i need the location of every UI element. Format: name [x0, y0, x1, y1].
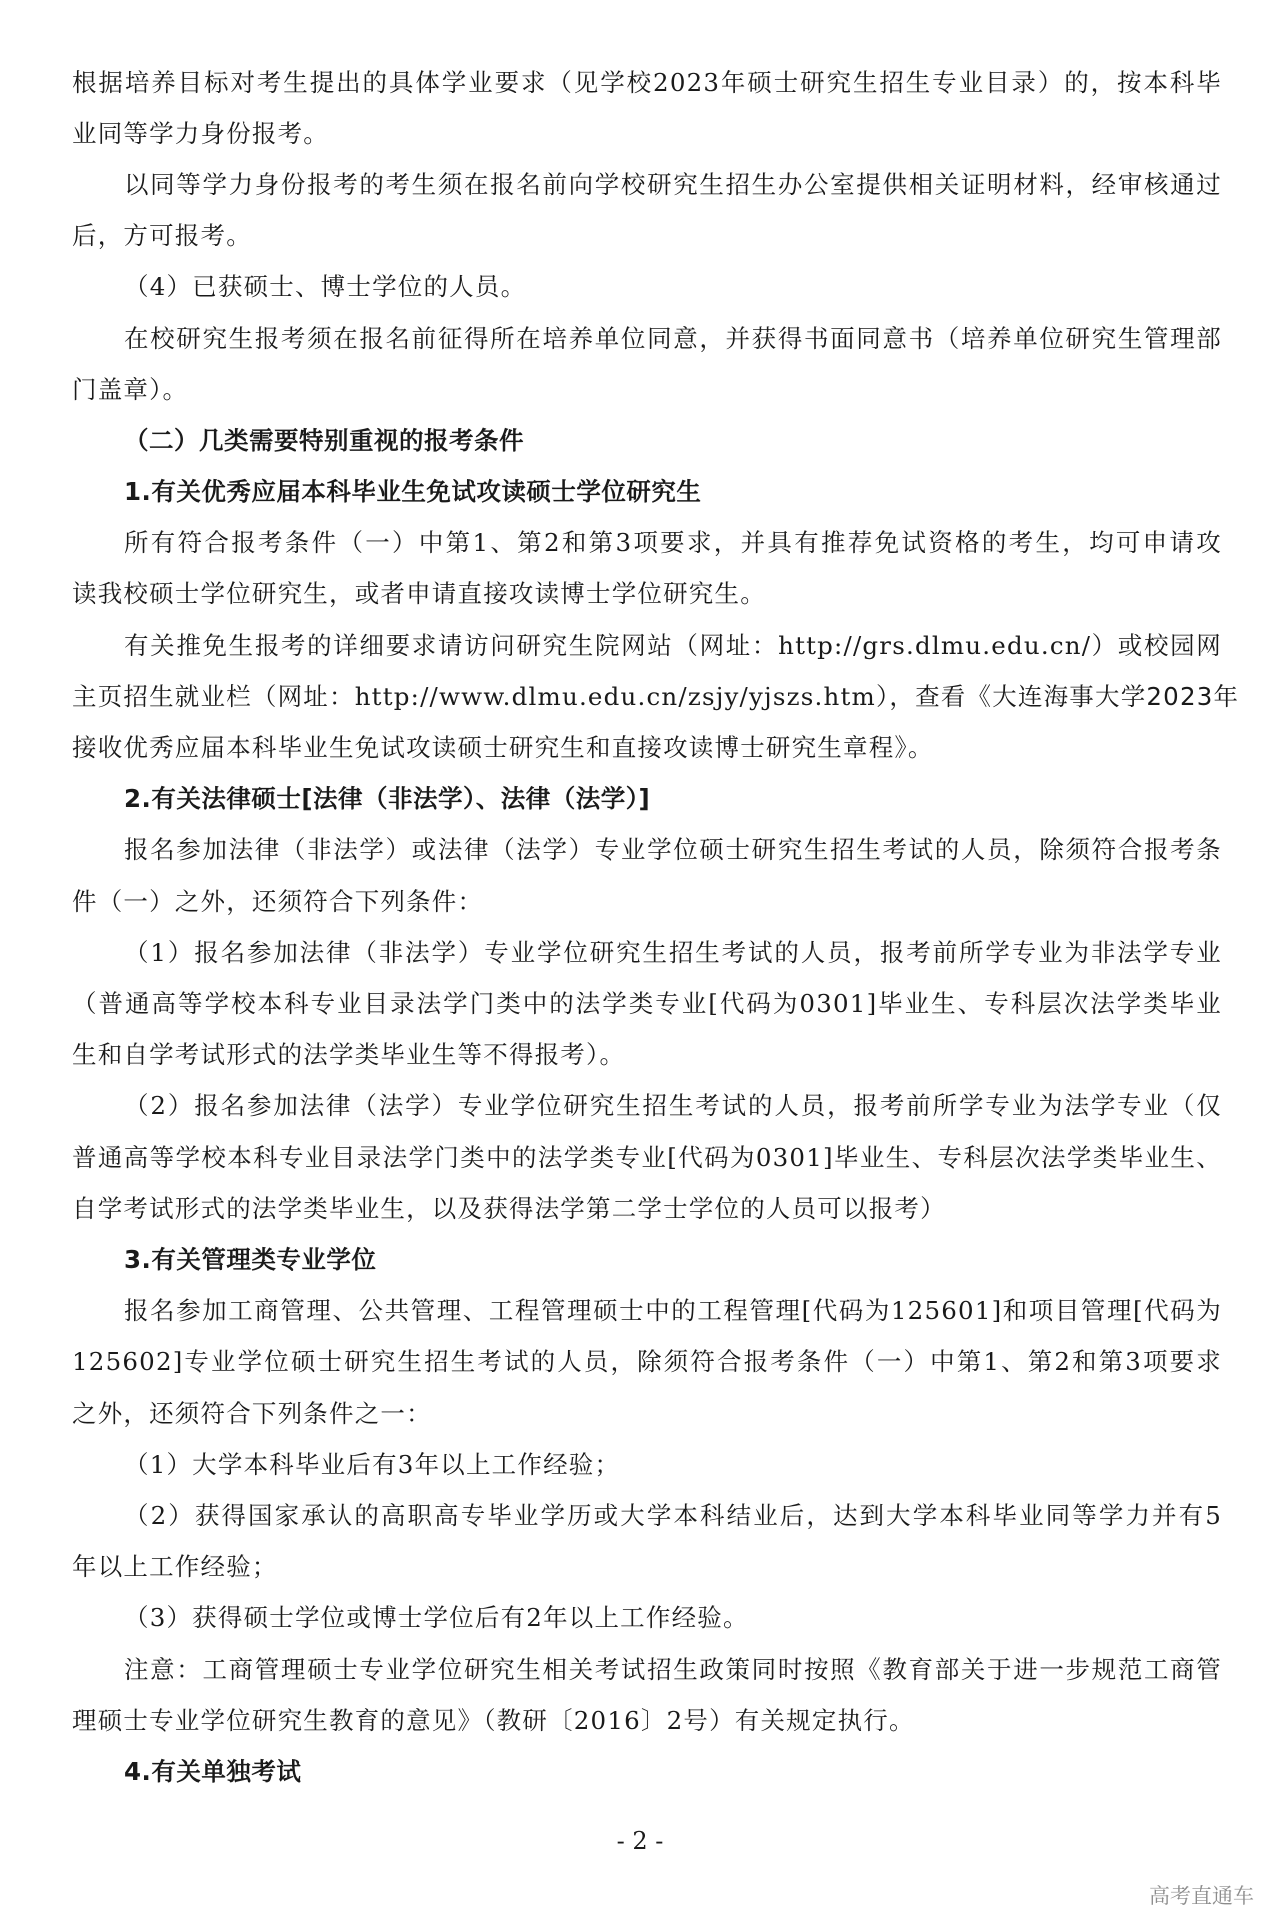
note-line: 理硕士专业学位研究生教育的意见》（教研〔2016〕2号）有关规定执行。	[72, 1705, 1222, 1737]
subsection-heading: 2.有关法律硕士[法律（非法学）、法律（法学）]	[124, 783, 1222, 815]
paragraph-line: 后，方可报考。	[72, 220, 1222, 252]
paragraph-line: 以同等学力身份报考的考生须在报名前向学校研究生招生办公室提供相关证明材料，经审核…	[124, 169, 1222, 201]
paragraph-line: 报名参加法律（非法学）或法律（法学）专业学位硕士研究生招生考试的人员，除须符合报…	[124, 834, 1222, 866]
paragraph-line: 报名参加工商管理、公共管理、工程管理硕士中的工程管理[代码为125601]和项目…	[124, 1295, 1222, 1327]
paragraph-line: 年以上工作经验；	[72, 1551, 1222, 1583]
list-item: （1）报名参加法律（非法学）专业学位研究生招生考试的人员，报考前所学专业为非法学…	[124, 937, 1222, 969]
paragraph-text: 。	[908, 733, 934, 762]
document-page: 根据培养目标对考生提出的具体学业要求（见学校2023年硕士研究生招生专业目录）的…	[0, 0, 1280, 1932]
document-title-reference: 接收优秀应届本科毕业生免试攻读硕士研究生和直接攻读博士研究生章程》	[72, 733, 908, 762]
subsection-heading: 4.有关单独考试	[124, 1756, 1222, 1788]
paragraph-line: 所有符合报考条件（一）中第1、第2和第3项要求，并具有推荐免试资格的考生，均可申…	[124, 527, 1222, 559]
list-item: （1）大学本科毕业后有3年以上工作经验；	[124, 1449, 1222, 1481]
page-number: - 2 -	[0, 1826, 1280, 1856]
paragraph-line: 在校研究生报考须在报名前征得所在培养单位同意，并获得书面同意书（培养单位研究生管…	[124, 323, 1222, 355]
paragraph-line: 业同等学力身份报考。	[72, 118, 1222, 150]
paragraph-line: 门盖章）。	[72, 374, 1222, 406]
list-item: （3）获得硕士学位或博士学位后有2年以上工作经验。	[124, 1602, 1222, 1634]
paragraph-line: （普通高等学校本科专业目录法学门类中的法学类专业[代码为0301]毕业生、专科层…	[72, 988, 1222, 1020]
note-line: 注意：工商管理硕士专业学位研究生相关考试招生政策同时按照《教育部关于进一步规范工…	[124, 1654, 1222, 1686]
document-title-reference: 《大连海事大学2023年	[967, 682, 1240, 711]
paragraph-line: 件（一）之外，还须符合下列条件：	[72, 886, 1222, 918]
watermark: 高考直通车	[1149, 1880, 1254, 1910]
list-item: （4）已获硕士、博士学位的人员。	[124, 271, 1222, 303]
paragraph-line: 接收优秀应届本科毕业生免试攻读硕士研究生和直接攻读博士研究生章程》。	[72, 732, 1222, 764]
paragraph-line: 根据培养目标对考生提出的具体学业要求（见学校2023年硕士研究生招生专业目录）的…	[72, 67, 1222, 99]
paragraph-line: 主页招生就业栏（网址：http://www.dlmu.edu.cn/zsjy/y…	[72, 681, 1222, 713]
list-item: （2）报名参加法律（法学）专业学位研究生招生考试的人员，报考前所学专业为法学专业…	[124, 1090, 1222, 1122]
list-item: （2）获得国家承认的高职高专毕业学历或大学本科结业后，达到大学本科毕业同等学力并…	[124, 1500, 1222, 1532]
subsection-heading: 3.有关管理类专业学位	[124, 1244, 1222, 1276]
paragraph-line: 之外，还须符合下列条件之一：	[72, 1398, 1222, 1430]
paragraph-line: 有关推免生报考的详细要求请访问研究生院网站（网址：http://grs.dlmu…	[124, 630, 1222, 662]
paragraph-line: 生和自学考试形式的法学类毕业生等不得报考）。	[72, 1039, 1222, 1071]
paragraph-line: 读我校硕士学位研究生，或者申请直接攻读博士学位研究生。	[72, 578, 1222, 610]
paragraph-text: 主页招生就业栏（网址：http://www.dlmu.edu.cn/zsjy/y…	[72, 682, 967, 711]
subsection-heading: 1.有关优秀应届本科毕业生免试攻读硕士学位研究生	[124, 476, 1222, 508]
paragraph-line: 自学考试形式的法学类毕业生，以及获得法学第二学士学位的人员可以报考）	[72, 1193, 1222, 1225]
section-heading: （二）几类需要特别重视的报考条件	[124, 425, 1222, 457]
paragraph-line: 125602]专业学位硕士研究生招生考试的人员，除须符合报考条件（一）中第1、第…	[72, 1346, 1222, 1378]
paragraph-line: 普通高等学校本科专业目录法学门类中的法学类专业[代码为0301]毕业生、专科层次…	[72, 1142, 1222, 1174]
